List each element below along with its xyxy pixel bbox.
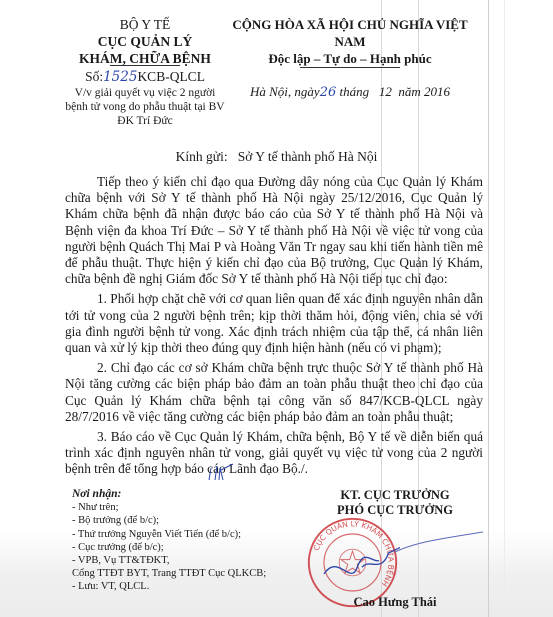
body-paragraph: 1. Phối hợp chặt chẽ với cơ quan liên qu… bbox=[65, 291, 483, 356]
distribution-item: - Như trên; bbox=[72, 501, 292, 514]
distribution-item: - Bộ trưởng (để b/c); bbox=[72, 514, 292, 527]
national-header-block: CỘNG HÒA XÃ HỘI CHỦ NGHĨA VIỆT NAM Độc l… bbox=[225, 16, 475, 101]
signature-block: KT. CỤC TRƯỞNG PHÓ CỤC TRƯỞNG bbox=[300, 488, 490, 518]
distribution-item: - Cục trưởng (để b/c); bbox=[72, 541, 292, 554]
distribution-item: Cổng TTĐT BYT, Trang TTĐT Cục QLKCB; bbox=[72, 567, 292, 580]
motto-underline bbox=[300, 67, 400, 68]
scan-line bbox=[488, 0, 489, 617]
ministry-name: BỘ Y TẾ bbox=[55, 16, 235, 33]
issue-date: Hà Nội, ngày26 tháng 12 năm 2016 bbox=[225, 83, 475, 101]
subject-line: bệnh tử vong do phẫu thuật tại BV bbox=[55, 100, 235, 114]
subject-line: ĐK Trí Đức bbox=[55, 114, 235, 128]
distribution-item: - VPB, Vụ TT&TĐKT, bbox=[72, 554, 292, 567]
letter-body: Tiếp theo ý kiến chỉ đạo qua Đường dây n… bbox=[65, 174, 483, 482]
signer-name: Cao Hưng Thái bbox=[300, 595, 490, 610]
national-motto: Độc lập – Tự do – Hạnh phúc bbox=[225, 50, 475, 67]
distribution-title: Nơi nhận: bbox=[72, 488, 292, 501]
body-paragraph: 2. Chỉ đạo các cơ sở Khám chữa bệnh trực… bbox=[65, 360, 483, 425]
nation-title: CỘNG HÒA XÃ HỘI CHỦ NGHĨA VIỆT NAM bbox=[225, 16, 475, 50]
department-name-line1: CỤC QUẢN LÝ bbox=[55, 33, 235, 50]
scan-line bbox=[504, 0, 505, 617]
distribution-list: Nơi nhận: - Như trên; - Bộ trưởng (để b/… bbox=[72, 488, 292, 594]
initials-scribble-icon bbox=[205, 462, 235, 482]
addressee: Kính gửi: Sở Y tế thành phố Hà Nội bbox=[0, 149, 553, 165]
signature-title-line1: KT. CỤC TRƯỞNG bbox=[300, 488, 490, 503]
distribution-item: - Lưu: VT, QLCL. bbox=[72, 580, 292, 593]
body-paragraph: Tiếp theo ý kiến chỉ đạo qua Đường dây n… bbox=[65, 174, 483, 287]
issuing-agency-block: BỘ Y TẾ CỤC QUẢN LÝ KHÁM, CHỮA BỆNH Số:1… bbox=[55, 16, 235, 128]
subject-line: V/v giải quyết vụ việc 2 người bbox=[55, 86, 235, 100]
distribution-item: - Thứ trưởng Nguyễn Viết Tiến (để b/c); bbox=[72, 528, 292, 541]
signature-stroke-icon bbox=[395, 530, 485, 560]
handwritten-day: 26 bbox=[320, 85, 337, 100]
body-paragraph: 3. Báo cáo về Cục Quản lý Khám, chữa bện… bbox=[65, 429, 483, 478]
document-number: Số:1525KCB-QLCL bbox=[55, 68, 235, 86]
department-name-line2: KHÁM, CHỮA BỆNH bbox=[55, 50, 235, 67]
handwritten-number: 1525 bbox=[103, 69, 137, 85]
